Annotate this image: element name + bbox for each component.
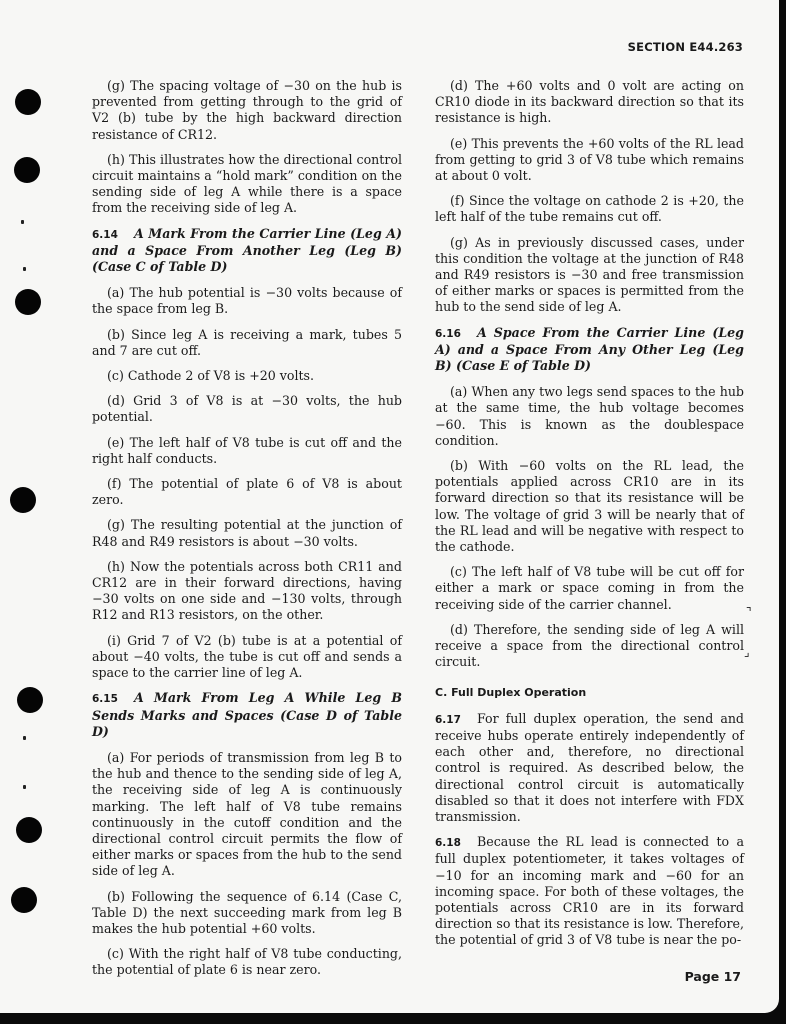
item-text: When any two legs send spaces to the hub… (435, 384, 744, 448)
item-label: (e) (450, 136, 467, 151)
item-label: (d) (450, 622, 468, 637)
item-text: This illustrates how the directional con… (92, 152, 402, 216)
section-title: A Mark From the Carrier Line (Leg A) and… (92, 226, 402, 274)
item-label: (h) (107, 152, 125, 167)
item-label: (d) (450, 78, 468, 93)
list-item: (e) This prevents the +60 volts of the R… (435, 136, 744, 185)
item-text: Cathode 2 of V8 is +20 volts. (128, 368, 314, 383)
paragraph-number: 6.18 (435, 835, 477, 851)
section-number: 6.14 (92, 227, 134, 243)
item-text: The hub potential is −30 volts because o… (92, 285, 402, 316)
punch-hole (14, 157, 40, 183)
list-item: (f) The potential of plate 6 of V8 is ab… (92, 476, 402, 508)
punch-hole (11, 887, 37, 913)
document-page: SECTION E44.263 (g) The spacing voltage … (0, 0, 779, 1013)
list-item: (i) Grid 7 of V2 (b) tube is at a potent… (92, 633, 402, 682)
list-item: (c) The left half of V8 tube will be cut… (435, 564, 744, 613)
punch-hole (15, 89, 41, 115)
scan-speck (21, 220, 24, 224)
list-item: (a) The hub potential is −30 volts becau… (92, 285, 402, 317)
item-text: For periods of transmission from leg B t… (92, 750, 402, 878)
item-label: (d) (107, 393, 125, 408)
item-label: (b) (107, 889, 125, 904)
item-text: With −60 volts on the RL lead, the poten… (435, 458, 744, 554)
list-item: (g) The spacing voltage of −30 on the hu… (92, 78, 402, 143)
item-label: (f) (450, 193, 465, 208)
item-label: (f) (107, 476, 122, 491)
right-column: (d) The +60 volts and 0 volt are acting … (435, 78, 744, 958)
item-label: (b) (107, 327, 125, 342)
list-item: (b) Following the sequence of 6.14 (Case… (92, 889, 402, 938)
left-column: (g) The spacing voltage of −30 on the hu… (92, 78, 402, 988)
paragraph-number: 6.17 (435, 712, 477, 728)
item-text: As in previously discussed cases, under … (435, 235, 744, 315)
item-text: With the right half of V8 tube conductin… (92, 946, 402, 977)
item-text: Since leg A is receiving a mark, tubes 5… (92, 327, 402, 358)
item-text: This prevents the +60 volts of the RL le… (435, 136, 744, 183)
item-text: Grid 7 of V2 (b) tube is at a potential … (92, 633, 402, 680)
section-heading: 6.14A Mark From the Carrier Line (Leg A)… (92, 226, 402, 276)
item-text: Now the potentials across both CR11 and … (92, 559, 402, 623)
list-item: (b) Since leg A is receiving a mark, tub… (92, 327, 402, 359)
item-text: The spacing voltage of −30 on the hub is… (92, 78, 402, 142)
item-label: (h) (107, 559, 125, 574)
list-item: (g) The resulting potential at the junct… (92, 517, 402, 549)
punch-hole (15, 289, 41, 315)
scan-speck (23, 267, 26, 271)
paragraph-text: For full duplex operation, the send and … (435, 711, 744, 824)
item-label: (a) (107, 285, 124, 300)
item-text: Therefore, the sending side of leg A wil… (435, 622, 744, 669)
punch-hole (17, 687, 43, 713)
section-title: A Mark From Leg A While Leg B Sends Mark… (92, 690, 402, 738)
item-text: Following the sequence of 6.14 (Case C, … (92, 889, 402, 936)
list-item: (e) The left half of V8 tube is cut off … (92, 435, 402, 467)
paragraph-text: Because the RL lead is connected to a fu… (435, 834, 744, 947)
section-title: A Space From the Carrier Line (Leg A) an… (435, 325, 744, 373)
item-label: (g) (107, 517, 125, 532)
list-item: (b) With −60 volts on the RL lead, the p… (435, 458, 744, 555)
item-label: (c) (107, 368, 124, 383)
punch-hole (16, 817, 42, 843)
section-header: SECTION E44.263 (628, 40, 743, 54)
list-item: (g) As in previously discussed cases, un… (435, 235, 744, 316)
change-bracket-bottom: ⌟ (744, 645, 750, 659)
list-item: (h) Now the potentials across both CR11 … (92, 559, 402, 624)
page-number: Page 17 (685, 969, 741, 984)
list-item: (a) For periods of transmission from leg… (92, 750, 402, 880)
subsection-heading: C. Full Duplex Operation (435, 685, 744, 701)
list-item: (h) This illustrates how the directional… (92, 152, 402, 217)
section-number: 6.16 (435, 326, 477, 342)
item-label: (i) (107, 633, 121, 648)
numbered-paragraph: 6.17For full duplex operation, the send … (435, 711, 744, 825)
scan-speck (23, 736, 26, 740)
list-item: (d) The +60 volts and 0 volt are acting … (435, 78, 744, 127)
list-item: (c) Cathode 2 of V8 is +20 volts. (92, 368, 402, 384)
list-item: (d) Grid 3 of V8 is at −30 volts, the hu… (92, 393, 402, 425)
change-bracket-top: ⌝ (746, 605, 752, 619)
section-heading: 6.16A Space From the Carrier Line (Leg A… (435, 325, 744, 375)
item-text: The potential of plate 6 of V8 is about … (92, 476, 402, 507)
punch-hole (10, 487, 36, 513)
list-item: (d) Therefore, the sending side of leg A… (435, 622, 744, 671)
list-item: (f) Since the voltage on cathode 2 is +2… (435, 193, 744, 225)
item-label: (a) (107, 750, 124, 765)
list-item: (a) When any two legs send spaces to the… (435, 384, 744, 449)
item-text: The resulting potential at the junction … (92, 517, 402, 548)
scan-speck (23, 785, 26, 789)
item-label: (e) (107, 435, 124, 450)
item-label: (g) (107, 78, 125, 93)
item-text: The left half of V8 tube will be cut off… (435, 564, 744, 611)
section-number: 6.15 (92, 691, 134, 707)
item-label: (g) (450, 235, 468, 250)
item-text: The +60 volts and 0 volt are acting on C… (435, 78, 744, 125)
item-text: Since the voltage on cathode 2 is +20, t… (435, 193, 744, 224)
section-heading: 6.15A Mark From Leg A While Leg B Sends … (92, 690, 402, 740)
item-text: Grid 3 of V8 is at −30 volts, the hub po… (92, 393, 402, 424)
numbered-paragraph: 6.18Because the RL lead is connected to … (435, 834, 744, 948)
item-label: (c) (450, 564, 467, 579)
list-item: (c) With the right half of V8 tube condu… (92, 946, 402, 978)
item-label: (c) (107, 946, 124, 961)
item-label: (b) (450, 458, 468, 473)
item-text: The left half of V8 tube is cut off and … (92, 435, 402, 466)
item-label: (a) (450, 384, 467, 399)
